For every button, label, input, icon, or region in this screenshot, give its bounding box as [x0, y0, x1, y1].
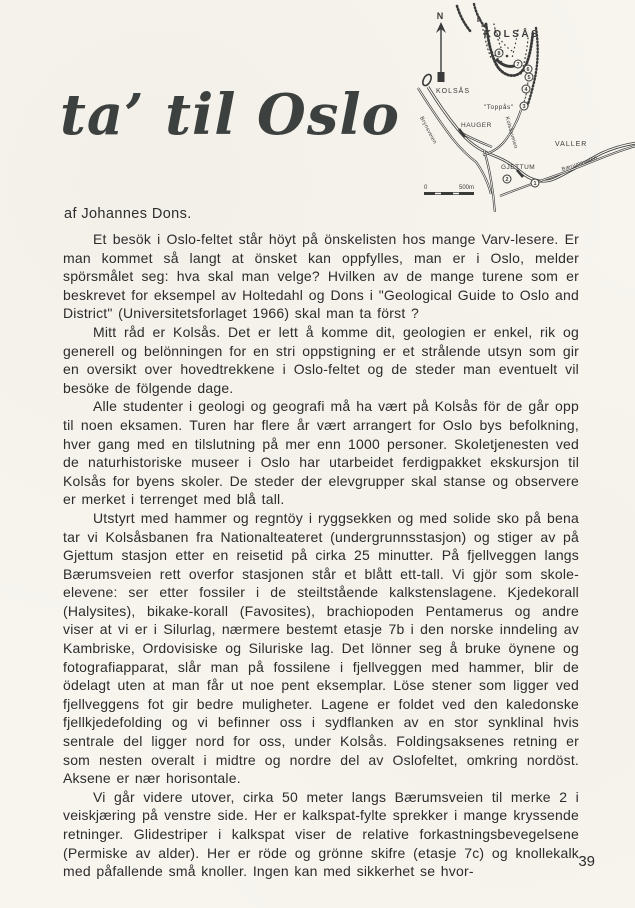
brynsveien-label: Brynsveien — [418, 116, 437, 145]
north-arrow-icon: N — [436, 11, 446, 82]
svg-text:6: 6 — [527, 67, 530, 73]
svg-text:8: 8 — [498, 51, 501, 57]
north-label: N — [437, 11, 444, 21]
scale-bar: 0 500m — [424, 185, 474, 195]
page-number: 39 — [578, 853, 595, 870]
station-marker-5: 5 — [525, 73, 533, 81]
svg-text:7: 7 — [517, 62, 520, 68]
map-sketch: N KOLSÅS — [400, 0, 635, 212]
station-marker-8: 8 — [495, 49, 503, 57]
svg-text:4: 4 — [525, 87, 528, 93]
gjettum-label: GJETTUM — [501, 164, 535, 171]
summit-point — [506, 55, 509, 58]
barumsveien-label: Bærumsveien — [561, 155, 598, 173]
svg-text:5: 5 — [528, 75, 531, 81]
byline: af Johannes Dons. — [64, 206, 192, 222]
paragraph-4: Utstyrt med hammer og regntöy i ryggsekk… — [63, 509, 579, 788]
svg-text:1: 1 — [534, 181, 537, 187]
hauger-label: HAUGER — [461, 122, 492, 129]
paragraph-2: Mitt råd er Kolsås. Det er lett å komme … — [63, 323, 579, 397]
station-marker-7: 7 — [514, 60, 522, 68]
scanned-page: N KOLSÅS — [0, 0, 635, 908]
station-marker-2: 2 — [503, 175, 511, 183]
terminus-loop — [421, 73, 433, 87]
station-marker-6: 6 — [524, 65, 532, 73]
svg-text:3: 3 — [523, 104, 526, 110]
valler-label: VALLER — [555, 141, 587, 148]
station-marker-4: 4 — [522, 85, 530, 93]
article-body: Et besök i Oslo-feltet står höyt på önsk… — [63, 230, 579, 881]
toppas-label: "Toppås" — [484, 103, 514, 111]
scale-500m-label: 500m — [459, 185, 474, 191]
page-title: ta’ til Oslo — [60, 82, 400, 148]
kolsas-station-label: KOLSÅS — [436, 86, 470, 95]
station-marker-3: 3 — [520, 102, 528, 110]
paragraph-5: Vi går videre utover, cirka 50 meter lan… — [63, 788, 579, 881]
station-marker-1: 1 — [531, 179, 539, 187]
scale-zero-label: 0 — [424, 185, 428, 191]
paragraph-3: Alle studenter i geologi og geografi må … — [63, 397, 579, 509]
paragraph-1: Et besök i Oslo-feltet står höyt på önsk… — [63, 230, 579, 323]
mountain-label: KOLSÅS — [484, 27, 541, 40]
svg-text:2: 2 — [506, 177, 509, 183]
